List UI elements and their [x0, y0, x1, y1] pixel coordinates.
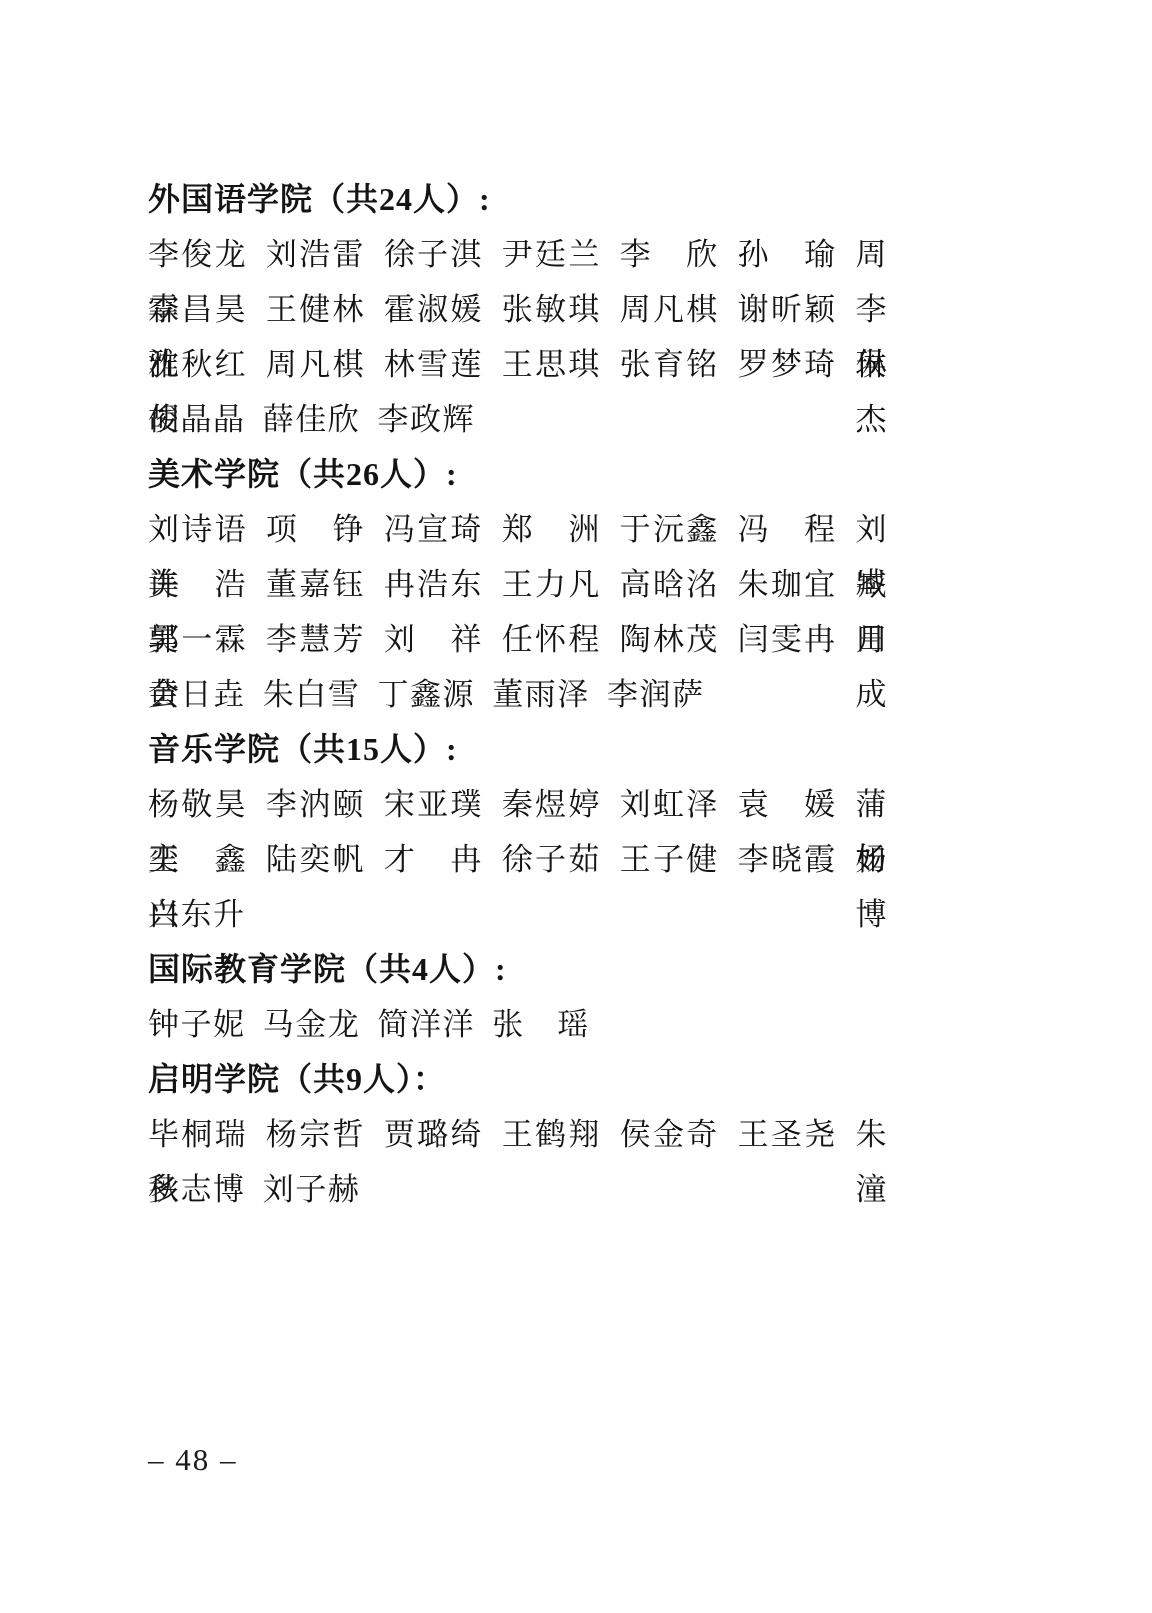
section-heading-music: 音乐学院（共15人）: — [148, 722, 888, 777]
section-heading-international-education: 国际教育学院（共4人）: — [148, 942, 888, 997]
names-line: 郭一霖 李慧芳 刘 祥 任怀程 陶林茂 闫雯冉 田会成 — [148, 612, 888, 667]
student-name-list: 外国语学院（共24人）: 李俊龙 刘浩雷 徐子淇 尹廷兰 李 欣 孙 瑜 周 霖… — [148, 172, 888, 1217]
names-line: 毕桐瑞 杨宗哲 贾璐绮 王鹤翔 侯金奇 王圣尧 朱秋潼 — [148, 1107, 888, 1162]
section-heading-fine-arts: 美术学院（共26人）: — [148, 447, 888, 502]
names-line: 王 鑫 陆奕帆 才 冉 徐子茹 王子健 李晓霞 杨兴博 — [148, 832, 888, 887]
names-line: 刘诗语 项 铮 冯宣琦 郑 洲 于沅鑫 冯 程 刘美岑 — [148, 502, 888, 557]
names-line: 杨敬昊 李汭颐 宋亚璞 秦煜婷 刘虹泽 袁 媛 蒲奕如 — [148, 777, 888, 832]
names-line: 钟子妮 马金龙 简洋洋 张 瑶 — [148, 997, 888, 1052]
names-line: 许 浩 董嘉钰 冉浩东 王力凡 高晗洺 朱珈宜 臧昊月 — [148, 557, 888, 612]
page-footer: – 48 – — [148, 1442, 238, 1478]
names-line: 李昌昊 王健林 霍淑媛 张敏琪 周凡棋 谢昕颖 李雅琳 — [148, 282, 888, 337]
page-number: – 48 – — [148, 1442, 238, 1477]
section-heading-qiming: 启明学院（共9人）： — [148, 1052, 888, 1107]
document-page: 外国语学院（共24人）: 李俊龙 刘浩雷 徐子淇 尹廷兰 李 欣 孙 瑜 周 霖… — [0, 0, 1152, 1613]
names-line: 沈秋红 周凡棋 林雪莲 王思琪 张育铭 罗梦琦 侯俊杰 — [148, 337, 888, 392]
section-heading-foreign-languages: 外国语学院（共24人）: — [148, 172, 888, 227]
names-line: 李俊龙 刘浩雷 徐子淇 尹廷兰 李 欣 孙 瑜 周 霖 — [148, 227, 888, 282]
